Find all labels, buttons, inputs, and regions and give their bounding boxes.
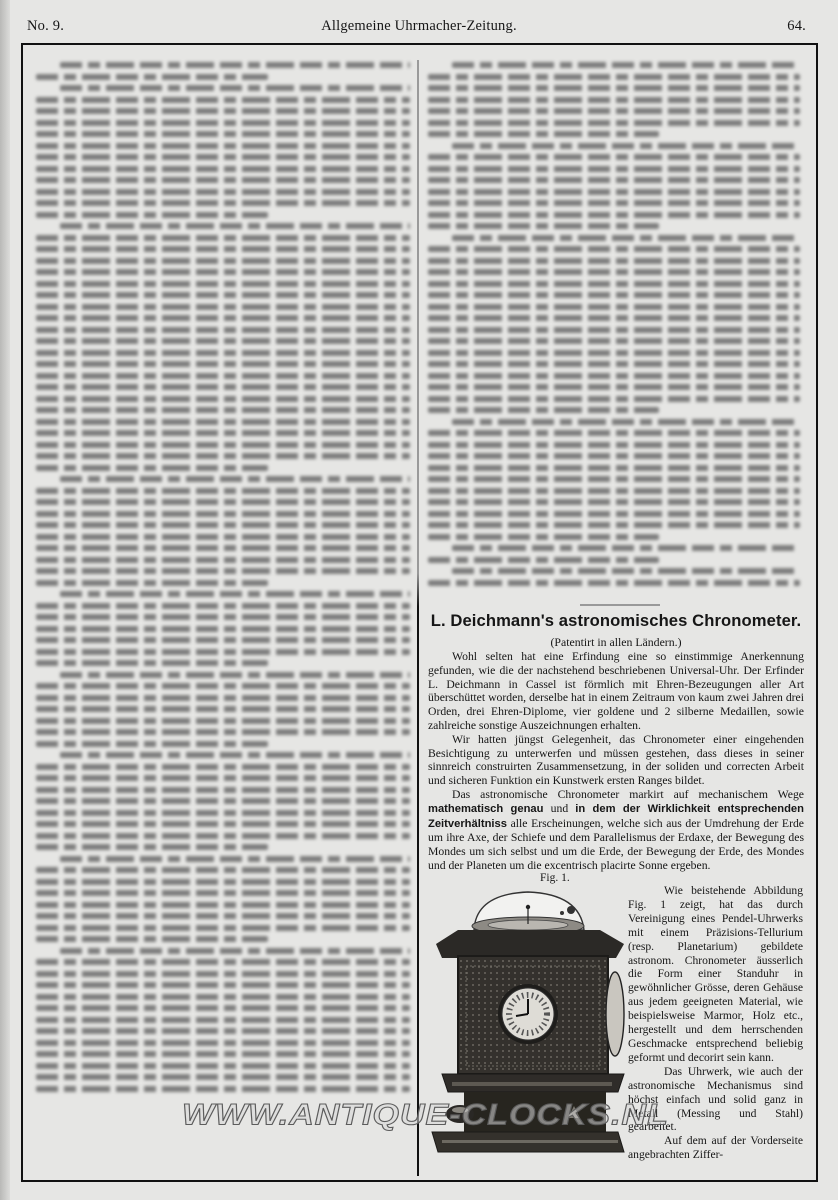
blurred-text-line [36, 660, 268, 666]
blurred-text-line [60, 591, 410, 597]
blurred-text-line [36, 626, 410, 632]
blurred-left-column [36, 62, 410, 1097]
blurred-text-line [36, 775, 410, 781]
blurred-text-line [428, 465, 800, 471]
blurred-text-line [36, 614, 410, 620]
blurred-text-line [428, 281, 800, 287]
blurred-text-line [60, 476, 410, 482]
blurred-text-line [428, 442, 800, 448]
blurred-right-column [428, 62, 800, 591]
blurred-text-line [36, 350, 410, 356]
blurred-text-line [60, 856, 410, 862]
blurred-text-line [36, 902, 410, 908]
blurred-text-line [452, 62, 800, 68]
blurred-text-line [36, 821, 410, 827]
blurred-text-line [36, 913, 410, 919]
blurred-text-line [36, 1074, 410, 1080]
blurred-text-line [428, 292, 800, 298]
blurred-text-line [36, 718, 410, 724]
blurred-text-line [36, 706, 410, 712]
page-edge-shadow [0, 0, 10, 1200]
blurred-text-line [36, 407, 410, 413]
blurred-text-line [428, 246, 800, 252]
blurred-text-line [36, 327, 410, 333]
blurred-text-line [428, 166, 800, 172]
blurred-text-line [36, 166, 410, 172]
blurred-text-line [428, 396, 800, 402]
blurred-text-line [36, 97, 410, 103]
article-paragraph-1: Wohl selten hat eine Erfindung eine so e… [428, 650, 804, 733]
blurred-text-line [36, 982, 410, 988]
blurred-text-line [60, 948, 410, 954]
watermark: WWW.ANTIQUE-CLOCKS.NL [182, 1098, 652, 1132]
blurred-text-line [428, 557, 659, 563]
blurred-text-line [452, 568, 800, 574]
blurred-text-line [428, 373, 800, 379]
bold-phrase: mathematisch genau [428, 803, 544, 815]
blurred-text-line [36, 1040, 410, 1046]
blurred-text-line [36, 729, 410, 735]
blurred-text-line [36, 545, 410, 551]
blurred-text-line [36, 1063, 410, 1069]
blurred-text-line [452, 545, 800, 551]
blurred-text-line [36, 246, 410, 252]
blurred-text-line [428, 315, 800, 321]
blurred-text-line [428, 108, 800, 114]
blurred-text-line [428, 580, 800, 586]
blurred-text-line [36, 384, 410, 390]
blurred-text-line [36, 511, 410, 517]
article-paragraph-3: Das astronomische Chronometer markirt au… [428, 788, 804, 873]
blurred-text-line [36, 695, 410, 701]
blurred-text-line [36, 557, 410, 563]
blurred-text-line [36, 235, 410, 241]
article-subtitle: (Patentirt in allen Ländern.) [428, 635, 804, 650]
blurred-text-line [36, 338, 410, 344]
blurred-text-line [60, 752, 410, 758]
blurred-text-line [36, 177, 410, 183]
blurred-text-line [36, 430, 410, 436]
blurred-text-line [36, 453, 410, 459]
blurred-text-line [60, 62, 410, 68]
blurred-text-line [36, 741, 268, 747]
blurred-text-line [428, 269, 800, 275]
blurred-text-line [36, 200, 410, 206]
blurred-text-line [428, 430, 800, 436]
side-paragraph-3: Auf dem auf der Vorderseite angebrachten… [628, 1134, 803, 1162]
blurred-text-line [36, 603, 410, 609]
blurred-text-line [36, 465, 268, 471]
blurred-text-line [60, 223, 410, 229]
blurred-text-line [36, 1005, 410, 1011]
blurred-text-line [36, 1051, 410, 1057]
blurred-text-line [428, 476, 800, 482]
blurred-text-line [36, 361, 410, 367]
publication-title: Allgemeine Uhrmacher-Zeitung. [0, 18, 838, 35]
blurred-text-line [452, 419, 800, 425]
blurred-text-line [428, 131, 659, 137]
page-header: No. 9. Allgemeine Uhrmacher-Zeitung. 64. [0, 0, 838, 40]
blurred-text-line [428, 361, 800, 367]
blurred-text-line [428, 522, 800, 528]
blurred-text-line [36, 959, 410, 965]
blurred-text-line [428, 74, 800, 80]
blurred-text-line [36, 258, 410, 264]
blurred-text-line [36, 292, 410, 298]
blurred-text-line [428, 97, 800, 103]
blurred-text-line [36, 994, 410, 1000]
blurred-text-line [36, 971, 410, 977]
blurred-text-line [36, 833, 410, 839]
blurred-text-line [428, 212, 800, 218]
blurred-text-line [428, 407, 659, 413]
blurred-text-line [36, 867, 410, 873]
article-paragraph-2: Wir hatten jüngst Gelegenheit, das Chron… [428, 733, 804, 788]
blurred-text-line [36, 131, 410, 137]
blurred-text-line [36, 269, 410, 275]
blurred-text-line [428, 453, 800, 459]
blurred-text-line [36, 281, 410, 287]
blurred-text-line [36, 74, 268, 80]
blurred-text-line [36, 534, 410, 540]
blurred-text-line [36, 488, 410, 494]
blurred-text-line [428, 511, 800, 517]
blurred-text-line [428, 154, 800, 160]
blurred-text-line [36, 154, 410, 160]
blurred-text-line [36, 568, 410, 574]
blurred-text-line [452, 235, 800, 241]
blurred-text-line [36, 419, 410, 425]
column-divider [417, 60, 419, 1176]
blurred-text-line [428, 258, 800, 264]
blurred-text-line [36, 890, 410, 896]
blurred-text-line [60, 672, 410, 678]
figure-label: Fig. 1. [540, 872, 570, 884]
side-paragraph-1: Wie beistehende Abbildung Fig. 1 zeigt, … [628, 884, 803, 1065]
blurred-text-line [36, 304, 410, 310]
blurred-text-line [428, 350, 800, 356]
blurred-text-line [36, 189, 410, 195]
blurred-text-line [428, 384, 800, 390]
blurred-text-line [36, 1017, 410, 1023]
blurred-text-line [428, 189, 800, 195]
blurred-text-line [36, 442, 410, 448]
blurred-text-line [36, 787, 410, 793]
blurred-text-line [36, 396, 410, 402]
blurred-text-line [428, 85, 800, 91]
blurred-text-line [428, 534, 659, 540]
blurred-text-line [428, 120, 800, 126]
page-number: 64. [787, 18, 806, 35]
blurred-text-line [36, 810, 410, 816]
blurred-text-line [36, 649, 410, 655]
blurred-text-line [428, 499, 800, 505]
blurred-text-line [36, 844, 268, 850]
blurred-text-line [428, 223, 659, 229]
blurred-text-line [428, 327, 800, 333]
blurred-text-line [428, 338, 800, 344]
blurred-text-line [428, 177, 800, 183]
blurred-text-line [36, 499, 410, 505]
blurred-text-line [36, 879, 410, 885]
blurred-text-line [36, 212, 268, 218]
blurred-text-line [428, 488, 800, 494]
blurred-text-line [36, 522, 410, 528]
blurred-text-line [36, 683, 410, 689]
blurred-text-line [36, 315, 410, 321]
article-title: L. Deichmann's astronomisches Chronomete… [428, 611, 804, 631]
blurred-text-line [36, 120, 410, 126]
blurred-text-line [36, 936, 268, 942]
blurred-text-line [36, 1086, 410, 1092]
blurred-text-line [36, 637, 410, 643]
blurred-text-line [36, 373, 410, 379]
blurred-text-line [60, 85, 410, 91]
blurred-text-line [36, 925, 410, 931]
blurred-text-line [428, 200, 800, 206]
blurred-text-line [36, 108, 410, 114]
blurred-text-line [36, 580, 268, 586]
article-deichmann: L. Deichmann's astronomisches Chronomete… [428, 606, 804, 873]
blurred-text-line [452, 143, 800, 149]
blurred-text-line [428, 304, 800, 310]
blurred-text-line [36, 764, 410, 770]
blurred-text-line [36, 798, 410, 804]
blurred-text-line [36, 1028, 410, 1034]
blurred-text-line [36, 143, 410, 149]
